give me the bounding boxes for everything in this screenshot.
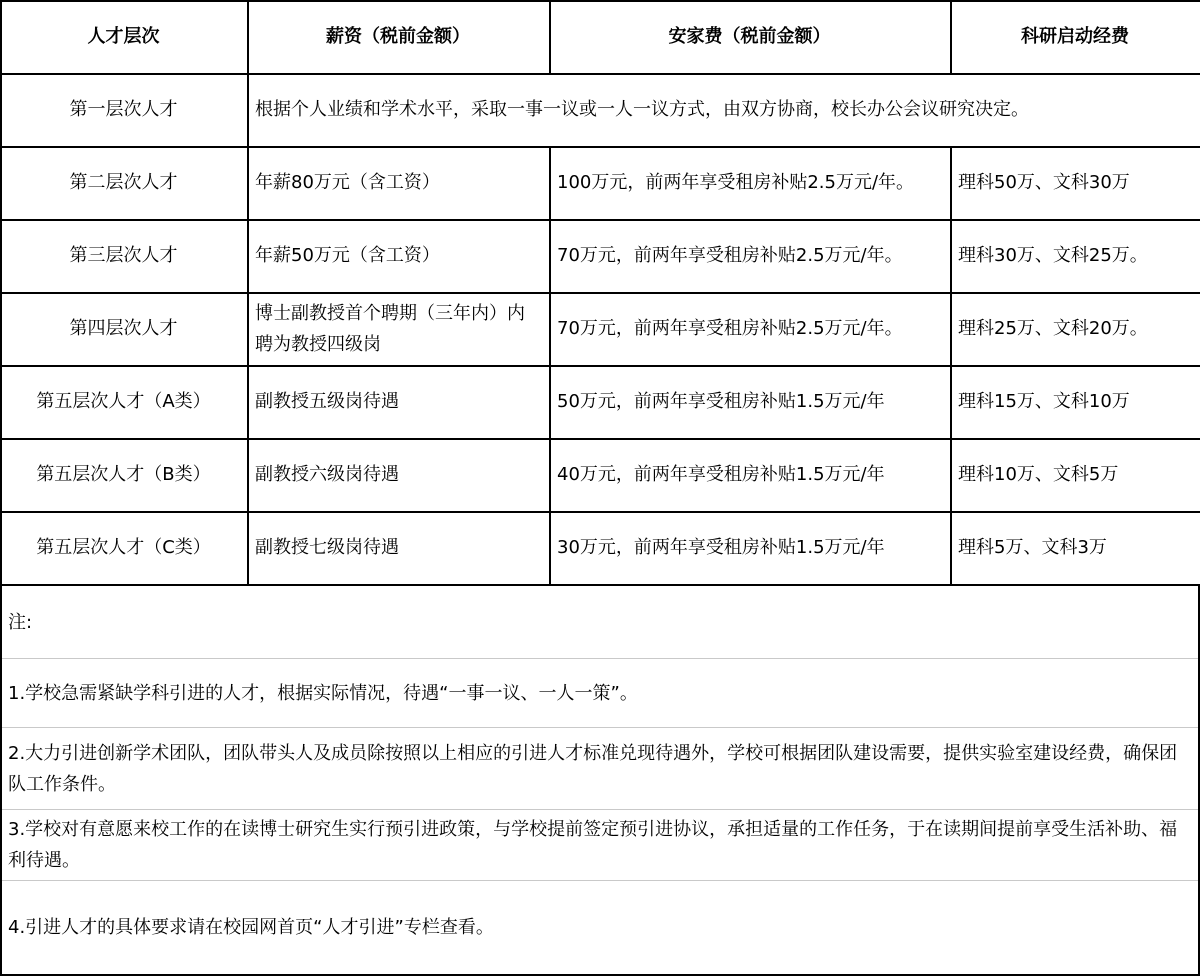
settling-allowance-cell: 70万元，前两年享受租房补贴2.5万元/年。: [550, 220, 951, 293]
note-item-4: 4.引进人才的具体要求请在校园网首页“人才引进”专栏查看。: [2, 880, 1198, 974]
notes-section: 注: 1.学校急需紧缺学科引进的人才，根据实际情况，待遇“一事一议、一人一策”。…: [0, 586, 1200, 976]
settling-allowance-cell: 50万元，前两年享受租房补贴1.5万元/年: [550, 366, 951, 439]
table-row-tier3: 第三层次人才 年薪50万元（含工资） 70万元，前两年享受租房补贴2.5万元/年…: [1, 220, 1200, 293]
salary-cell: 年薪80万元（含工资）: [248, 147, 550, 220]
settling-allowance-cell: 40万元，前两年享受租房补贴1.5万元/年: [550, 439, 951, 512]
note-item-2: 2.大力引进创新学术团队，团队带头人及成员除按照以上相应的引进人才标准兑现待遇外…: [2, 727, 1198, 809]
notes-label: 注:: [2, 586, 1198, 658]
header-settling-allowance: 安家费（税前金额）: [550, 1, 951, 74]
table-row-tier5c: 第五层次人才（C类） 副教授七级岗待遇 30万元，前两年享受租房补贴1.5万元/…: [1, 512, 1200, 585]
research-fund-cell: 理科25万、文科20万。: [951, 293, 1200, 366]
table-row-tier1: 第一层次人才 根据个人业绩和学术水平，采取一事一议或一人一议方式，由双方协商，校…: [1, 74, 1200, 147]
talent-recruitment-document: 人才层次 薪资（税前金额） 安家费（税前金额） 科研启动经费 第一层次人才 根据…: [0, 0, 1200, 976]
settling-allowance-cell: 70万元，前两年享受租房补贴2.5万元/年。: [550, 293, 951, 366]
level-cell: 第一层次人才: [1, 74, 248, 147]
note-item-1: 1.学校急需紧缺学科引进的人才，根据实际情况，待遇“一事一议、一人一策”。: [2, 658, 1198, 727]
research-fund-cell: 理科30万、文科25万。: [951, 220, 1200, 293]
header-talent-level: 人才层次: [1, 1, 248, 74]
table-row-tier5b: 第五层次人才（B类） 副教授六级岗待遇 40万元，前两年享受租房补贴1.5万元/…: [1, 439, 1200, 512]
level-cell: 第三层次人才: [1, 220, 248, 293]
salary-cell: 副教授五级岗待遇: [248, 366, 550, 439]
note-item-3: 3.学校对有意愿来校工作的在读博士研究生实行预引进政策，与学校提前签定预引进协议…: [2, 809, 1198, 880]
level-cell: 第五层次人才（A类）: [1, 366, 248, 439]
level-cell: 第五层次人才（C类）: [1, 512, 248, 585]
level-cell: 第二层次人才: [1, 147, 248, 220]
table-row-tier2: 第二层次人才 年薪80万元（含工资） 100万元，前两年享受租房补贴2.5万元/…: [1, 147, 1200, 220]
level-cell: 第五层次人才（B类）: [1, 439, 248, 512]
header-salary: 薪资（税前金额）: [248, 1, 550, 74]
talent-benefits-table: 人才层次 薪资（税前金额） 安家费（税前金额） 科研启动经费 第一层次人才 根据…: [0, 0, 1200, 586]
settling-allowance-cell: 30万元，前两年享受租房补贴1.5万元/年: [550, 512, 951, 585]
level-cell: 第四层次人才: [1, 293, 248, 366]
research-fund-cell: 理科10万、文科5万: [951, 439, 1200, 512]
research-fund-cell: 理科5万、文科3万: [951, 512, 1200, 585]
settling-allowance-cell: 100万元，前两年享受租房补贴2.5万元/年。: [550, 147, 951, 220]
salary-cell: 年薪50万元（含工资）: [248, 220, 550, 293]
research-fund-cell: 理科50万、文科30万: [951, 147, 1200, 220]
research-fund-cell: 理科15万、文科10万: [951, 366, 1200, 439]
header-research-fund: 科研启动经费: [951, 1, 1200, 74]
salary-cell: 博士副教授首个聘期（三年内）内聘为教授四级岗: [248, 293, 550, 366]
salary-cell: 副教授六级岗待遇: [248, 439, 550, 512]
salary-cell: 副教授七级岗待遇: [248, 512, 550, 585]
header-row: 人才层次 薪资（税前金额） 安家费（税前金额） 科研启动经费: [1, 1, 1200, 74]
table-row-tier5a: 第五层次人才（A类） 副教授五级岗待遇 50万元，前两年享受租房补贴1.5万元/…: [1, 366, 1200, 439]
tier1-negotiated-terms-cell: 根据个人业绩和学术水平，采取一事一议或一人一议方式，由双方协商，校长办公会议研究…: [248, 74, 1200, 147]
table-row-tier4: 第四层次人才 博士副教授首个聘期（三年内）内聘为教授四级岗 70万元，前两年享受…: [1, 293, 1200, 366]
